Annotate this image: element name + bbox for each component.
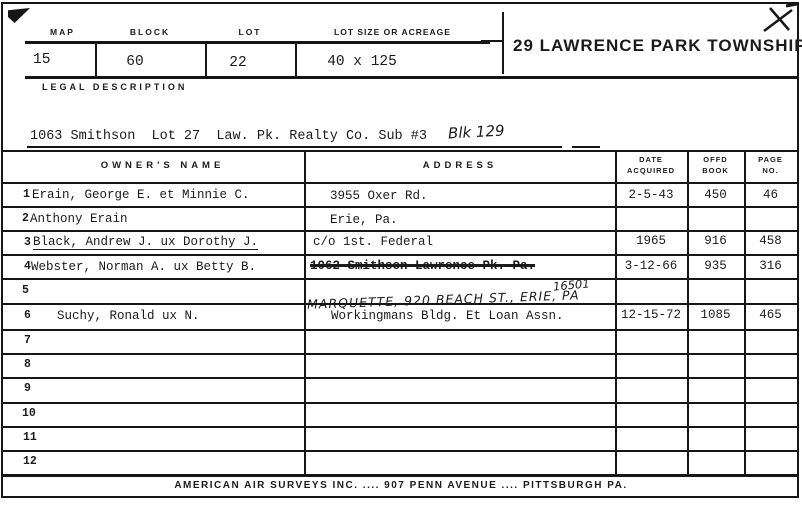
date-acquired-header: DATE [616, 155, 686, 164]
row-line [2, 206, 797, 208]
date-acquired-header-line2: ACQUIRED [616, 166, 686, 175]
block-label: BLOCK [95, 27, 205, 37]
title-tick [481, 40, 502, 42]
page-cell: 316 [744, 259, 797, 273]
row-line [2, 426, 797, 428]
lot-size-value: 40 x 125 [312, 54, 412, 70]
book-cell: 1085 [687, 308, 744, 322]
row-number: 3 [24, 236, 31, 249]
corner-fold-mark-icon [8, 8, 30, 23]
top-table-bottom-line [25, 76, 797, 79]
map-label: MAP [30, 27, 95, 37]
zip-handwritten: 16501 [552, 276, 590, 293]
row-line [2, 230, 797, 232]
row-line [2, 329, 797, 331]
row-line [2, 377, 797, 379]
owner-cell: Erain, George E. et Minnie C. [32, 188, 250, 202]
date-cell: 2-5-43 [615, 188, 687, 202]
address-cell: c/o 1st. Federal [313, 235, 433, 249]
owner-cell: Webster, Norman A. ux Betty B. [31, 260, 256, 274]
row-number: 12 [23, 455, 37, 468]
lot-size-label: LOT SIZE OR ACREAGE [295, 27, 490, 37]
row-number: 9 [24, 382, 31, 395]
col-divider-owner-address [304, 150, 306, 476]
divider [95, 44, 97, 77]
row-number: 2 [22, 212, 29, 225]
book-cell: 916 [687, 234, 744, 248]
table-header-line [2, 182, 797, 184]
address-cell: Workingmans Bldg. Et Loan Assn. [331, 309, 564, 323]
lot-value: 22 [198, 55, 278, 71]
date-cell: 12-15-72 [615, 308, 687, 322]
page-no-header: PAGE [745, 155, 796, 164]
legal-underline [27, 146, 562, 148]
deed-book-header: OFFD [688, 155, 743, 164]
table-bottom-line [2, 474, 797, 477]
book-cell: 935 [687, 259, 744, 273]
address-header: ADDRESS [306, 160, 614, 171]
row-line [2, 450, 797, 452]
township-title: 29 LAWRENCE PARK TOWNSHIP [513, 36, 802, 56]
address-cell: Erie, Pa. [330, 213, 398, 227]
title-divider [502, 12, 504, 74]
row-line [2, 278, 797, 280]
divider [205, 44, 207, 77]
legal-underline-segment [572, 146, 600, 148]
property-record-card: MAP BLOCK LOT LOT SIZE OR ACREAGE 15 60 … [0, 0, 802, 505]
legal-description-typed: 1063 Smithson Lot 27 Law. Pk. Realty Co.… [30, 129, 427, 144]
page-cell: 465 [744, 308, 797, 322]
row-number: 4 [24, 260, 31, 273]
row-line [2, 254, 797, 256]
footer-text: AMERICAN AIR SURVEYS INC. .... 907 PENN … [0, 480, 802, 491]
owner-cell: Black, Andrew J. ux Dorothy J. [33, 235, 258, 250]
row-number: 8 [24, 358, 31, 371]
row-number: 11 [23, 431, 37, 444]
legal-description-handwritten: Blk 129 [448, 122, 505, 143]
book-cell: 450 [687, 188, 744, 202]
date-cell: 3-12-66 [615, 259, 687, 273]
page-no-header-line2: NO. [745, 166, 796, 175]
table-top-line [2, 150, 797, 152]
row-number: 10 [22, 407, 36, 420]
row-line [2, 353, 797, 355]
block-value: 60 [95, 54, 175, 70]
owner-cell: Suchy, Ronald ux N. [57, 309, 200, 323]
date-cell: 1965 [615, 234, 687, 248]
page-cell: 46 [744, 188, 797, 202]
row-line [2, 402, 797, 404]
owner-name-header: OWNER'S NAME [20, 160, 305, 171]
legal-description-label: LEGAL DESCRIPTION [42, 82, 187, 92]
row-number: 6 [24, 309, 31, 322]
map-value: 15 [33, 52, 50, 68]
row-number: 1 [23, 188, 30, 201]
address-cell: 3955 Oxer Rd. [330, 189, 428, 203]
address-cell-struck: 1062 Smithson Lawrence Pk. Pa. [310, 259, 535, 273]
row-number: 7 [24, 334, 31, 347]
page-cell: 458 [744, 234, 797, 248]
deed-book-header-line2: BOOK [688, 166, 743, 175]
owner-cell: Anthony Erain [30, 212, 128, 226]
x-handwritten-mark-icon [756, 3, 798, 35]
row-number: 5 [22, 284, 29, 297]
lot-label: LOT [205, 27, 295, 37]
divider [295, 44, 297, 77]
